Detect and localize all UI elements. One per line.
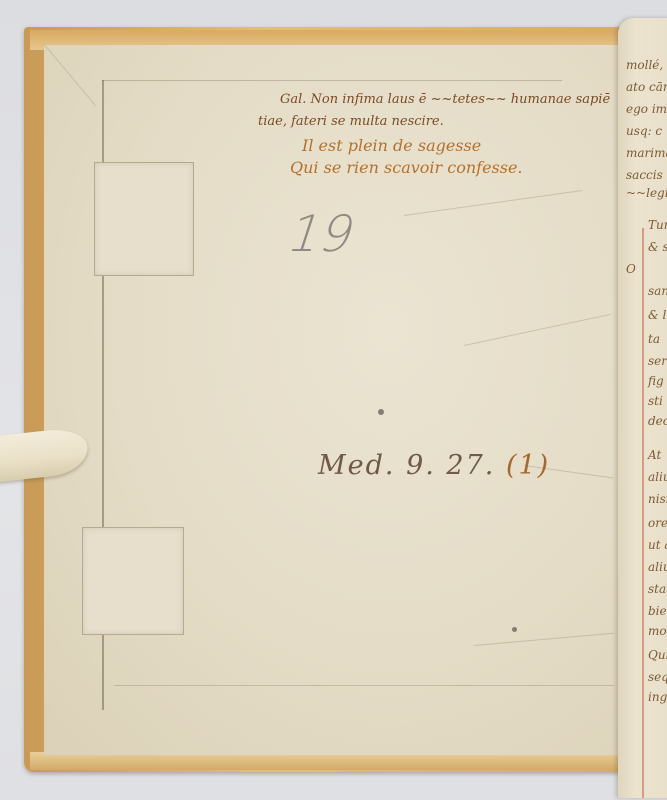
facing-text-line: nisi <box>648 492 667 506</box>
paper-crease <box>474 633 614 646</box>
latin-motto-line-1: Gal. Non infima laus ē ~~tetes~~ humanae… <box>280 92 610 107</box>
paper-crease <box>404 190 582 216</box>
facing-text-line: sequi <box>648 670 667 684</box>
facing-text-line: ato cām <box>626 80 667 94</box>
red-margin-rule <box>642 228 644 798</box>
facing-text-line: O <box>626 262 636 276</box>
french-motto-line-1: Il est plein de sagesse <box>302 136 481 155</box>
facing-text-line: ego immi <box>626 102 667 116</box>
facing-text-line: mors <box>648 624 667 638</box>
facing-text-line: ore <box>648 516 667 530</box>
facing-text-line: Tum <box>648 218 667 232</box>
facing-text-line: mollé, a <box>626 58 667 72</box>
shelfmark-main: Med. 9. 27. <box>318 450 495 481</box>
facing-text-line: alius <box>648 560 667 574</box>
shelfmark-part: (1) <box>506 450 550 481</box>
paper-repair-patch-lower <box>82 527 184 635</box>
facing-text-line: & sa <box>648 240 667 254</box>
facing-text-line: ut a <box>648 538 667 552</box>
facing-text-line: & l <box>648 308 666 322</box>
facing-text-line: At <box>648 448 661 462</box>
top-fold-line <box>102 80 562 81</box>
facing-text-line: ~~legio~~ <box>626 186 667 200</box>
corner-crease <box>44 44 96 106</box>
paper-repair-patch-upper <box>94 162 194 276</box>
facing-text-line: ta <box>648 332 660 346</box>
facing-page: mollé, a ato cām ego immi usq: c marima … <box>618 18 667 798</box>
facing-text-line: fig <box>648 374 664 388</box>
shelfmark: Med. 9. 27. (1) <box>318 450 550 481</box>
facing-text-line: sti <box>648 394 663 408</box>
facing-text-line: marima <box>626 146 667 160</box>
facing-text-line: ingabin <box>648 690 667 704</box>
facing-text-line: alius <box>648 470 667 484</box>
facing-text-line: dec <box>648 414 667 428</box>
facing-text-line: saccis h <box>626 168 667 182</box>
facing-text-line: ser <box>648 354 667 368</box>
facing-text-line: usq: c <box>626 124 662 138</box>
latin-motto-line-2: tiae, fateri se multa nescire. <box>258 114 444 129</box>
facing-text-line: sanp <box>648 284 667 298</box>
ink-spot <box>512 627 517 632</box>
paper-crease <box>464 314 611 346</box>
french-motto-line-2: Qui se rien scavoir confesse. <box>290 158 523 177</box>
facing-text-line: Quid <box>648 648 667 662</box>
facing-text-line: bienum <box>648 604 667 618</box>
bottom-fold-line <box>114 685 614 686</box>
ink-spot <box>378 409 384 415</box>
facing-text-line: station <box>648 582 667 596</box>
